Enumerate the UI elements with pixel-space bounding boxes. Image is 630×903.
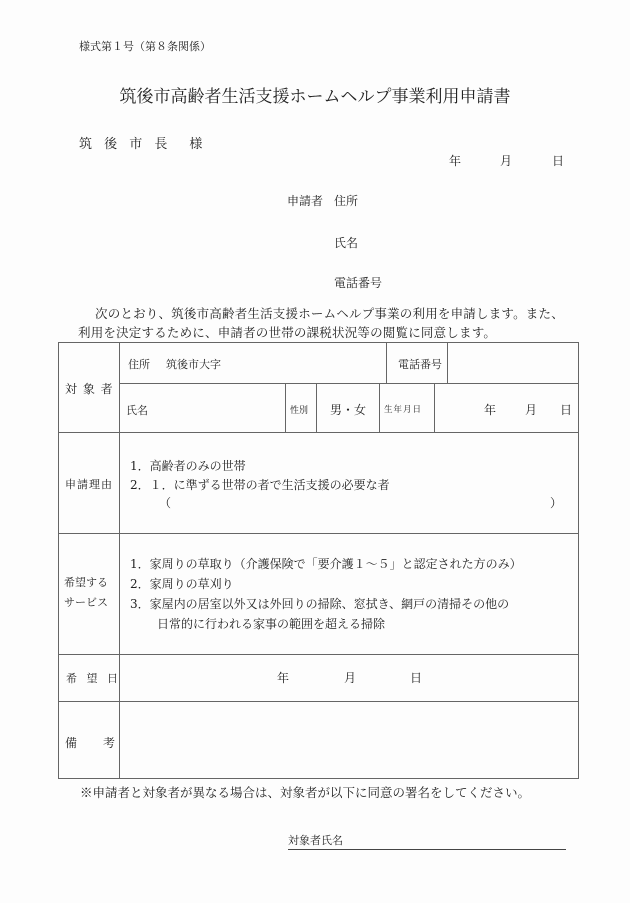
divider xyxy=(316,383,317,432)
subject-phone-label: 電話番号 xyxy=(398,356,442,372)
service-item-3[interactable]: 3．家屋内の居室以外又は外回りの掃除、窓拭き、網戸の清掃その他の xyxy=(130,595,509,612)
intro-line-2: 利用を決定するために、申請者の世帯の課税状況等の閲覧に同意します。 xyxy=(78,323,496,341)
divider xyxy=(386,343,387,383)
gender-label: 性別 xyxy=(290,403,308,416)
divider xyxy=(434,383,435,432)
birth-month: 月 xyxy=(525,401,537,418)
birth-year: 年 xyxy=(484,401,496,418)
desired-day[interactable]: 日 xyxy=(410,669,422,686)
subject-address-value[interactable]: 筑後市大字 xyxy=(166,356,221,372)
remarks-field[interactable] xyxy=(120,702,579,779)
addressee-name: 筑 後 市 長 xyxy=(79,137,171,152)
desired-date-label: 希 望 日 xyxy=(66,670,121,686)
service-label-line-1: 希望する xyxy=(64,574,108,590)
date-day: 日 xyxy=(552,152,564,169)
consent-note: ※申請者と対象者が異なる場合は、対象者が以下に同意の署名をしてください。 xyxy=(80,783,530,801)
service-item-1[interactable]: 1．家周りの草取り（介護保険で「要介護１～５」と認定された方のみ） xyxy=(130,555,522,572)
reason-label: 申請理由 xyxy=(65,476,113,492)
divider xyxy=(285,383,286,432)
divider xyxy=(59,432,578,433)
subject-name-label: 氏名 xyxy=(126,402,148,418)
subject-phone-field[interactable] xyxy=(448,343,579,383)
service-item-2[interactable]: 2．家周りの草刈り xyxy=(130,575,234,592)
remarks-label-left: 備 xyxy=(65,734,77,751)
divider xyxy=(59,654,578,655)
form-number: 様式第１号（第８条関係） xyxy=(79,38,211,54)
divider xyxy=(379,383,380,432)
applicant-label: 申請者 xyxy=(287,192,323,209)
birth-day: 日 xyxy=(560,401,572,418)
reason-paren-open: （ xyxy=(159,494,171,511)
intro-line-1: 次のとおり、筑後市高齢者生活支援ホームヘルプ事業の利用を申請します。また、 xyxy=(95,304,564,322)
service-item-3-cont: 日常的に行われる家事の範囲を超える掃除 xyxy=(157,615,385,632)
subject-address-label: 住所 xyxy=(128,356,150,372)
gender-options[interactable]: 男・女 xyxy=(330,401,366,418)
signature-label: 対象者氏名 xyxy=(288,834,343,847)
reason-item-1[interactable]: 1．高齢者のみの世帯 xyxy=(130,457,246,474)
service-label-line-2: サービス xyxy=(64,594,108,610)
birthdate-label: 生年月日 xyxy=(384,403,422,415)
divider xyxy=(59,533,578,534)
signature-line[interactable]: 対象者氏名 xyxy=(288,832,566,850)
page-title: 筑後市高齢者生活支援ホームヘルプ事業利用申請書 xyxy=(0,82,630,107)
reason-paren-close: ） xyxy=(550,494,562,511)
addressee-honorific: 様 xyxy=(189,137,206,152)
desired-month[interactable]: 月 xyxy=(344,669,356,686)
addressee: 筑 後 市 長様 xyxy=(79,133,206,152)
desired-year[interactable]: 年 xyxy=(277,669,289,686)
remarks-label-right: 考 xyxy=(103,734,115,751)
reason-item-2[interactable]: 2．１．に準ずる世帯の者で生活支援の必要な者 xyxy=(130,476,390,493)
applicant-name-label: 氏名 xyxy=(334,234,358,251)
application-table: 対 象 者 住所 筑後市大字 電話番号 氏名 性別 男・女 生年月日 年 月 日… xyxy=(58,342,579,779)
date-month: 月 xyxy=(500,152,512,169)
subject-label: 対 象 者 xyxy=(65,380,114,397)
applicant-address-label: 住所 xyxy=(334,192,358,209)
date-year: 年 xyxy=(449,152,461,169)
applicant-phone-label: 電話番号 xyxy=(334,274,382,291)
